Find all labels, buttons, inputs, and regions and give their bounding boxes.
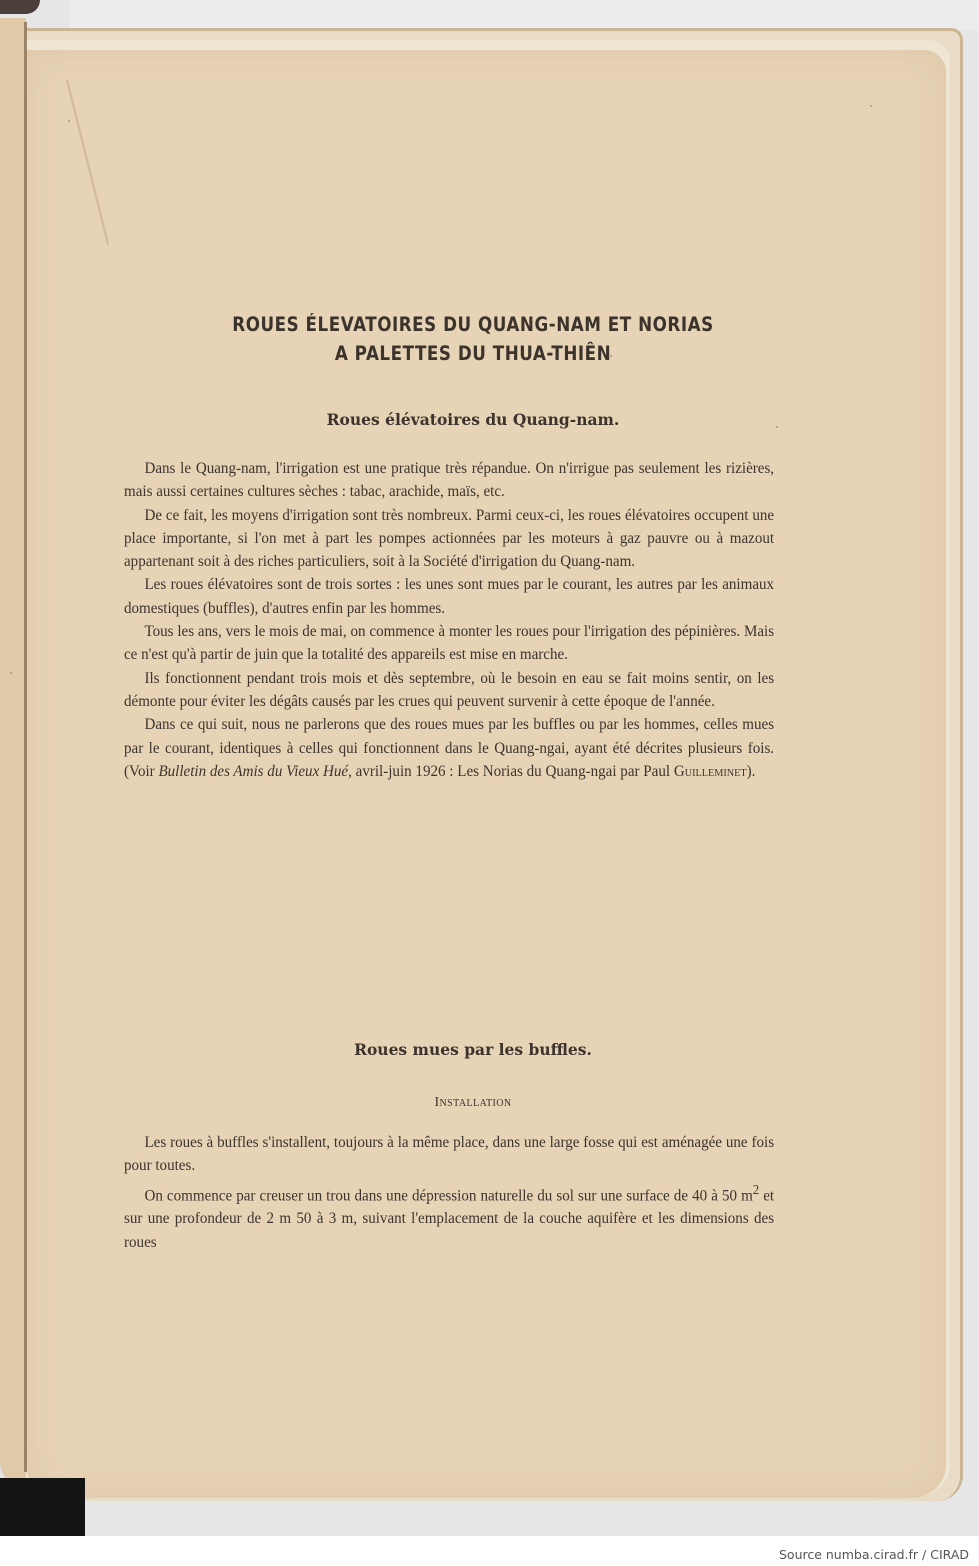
subheading-installation: Installation (140, 1095, 806, 1111)
viewer-viewport: ROUES ÉLEVATOIRES DU QUANG-NAM ET NORIAS… (0, 0, 979, 1566)
paper-speck (10, 672, 12, 674)
paragraph: Ils fonctionnent pendant trois mois et d… (124, 667, 774, 714)
facing-page-edge (0, 18, 26, 1488)
author-name: Guilleminet (674, 762, 747, 780)
paragraph-with-measurement: On commence par creuser un trou dans une… (124, 1178, 774, 1254)
paper-speck (870, 105, 872, 107)
binding-shadow-bottom (0, 1478, 85, 1536)
paper-crease (66, 80, 109, 245)
binding-gutter (24, 22, 27, 1472)
paragraph: Tous les ans, vers le mois de mai, on co… (124, 620, 774, 667)
paragraph: Les roues à buffles s'installent, toujou… (124, 1131, 774, 1178)
section-heading-buffles: Roues mues par les buffles. (140, 1040, 806, 1059)
article-title-line-1: ROUES ÉLEVATOIRES DU QUANG-NAM ET NORIAS (187, 310, 760, 339)
paragraph: Dans le Quang-nam, l'irrigation est une … (124, 457, 774, 504)
scan-background (70, 0, 979, 30)
section-1-body: Dans le Quang-nam, l'irrigation est une … (124, 457, 729, 783)
paper-speck (68, 120, 70, 122)
article-title: ROUES ÉLEVATOIRES DU QUANG-NAM ET NORIAS… (187, 310, 760, 368)
paragraph: Les roues élévatoires sont de trois sort… (124, 573, 774, 620)
scanned-page-image: ROUES ÉLEVATOIRES DU QUANG-NAM ET NORIAS… (0, 0, 979, 1536)
paragraph-with-reference: Dans ce qui suit, nous ne parlerons que … (124, 713, 774, 783)
section-heading-quang-nam: Roues élévatoires du Quang-nam. (140, 410, 806, 429)
paragraph-text: On commence par creuser un trou dans une… (144, 1186, 752, 1204)
binding-shadow (0, 0, 40, 14)
paragraph-text: ). (747, 762, 756, 780)
bulletin-reference: Bulletin des Amis du Vieux Hué (158, 762, 348, 780)
paragraph: De ce fait, les moyens d'irrigation sont… (124, 504, 774, 574)
source-credit: Source numba.cirad.fr / CIRAD (779, 1547, 969, 1562)
article-title-line-2: A PALETTES DU THUA-THIÊN (187, 339, 760, 368)
paragraph-text: , avril-juin 1926 : Les Norias du Quang-… (348, 762, 674, 780)
section-2-body: Les roues à buffles s'installent, toujou… (124, 1131, 729, 1254)
